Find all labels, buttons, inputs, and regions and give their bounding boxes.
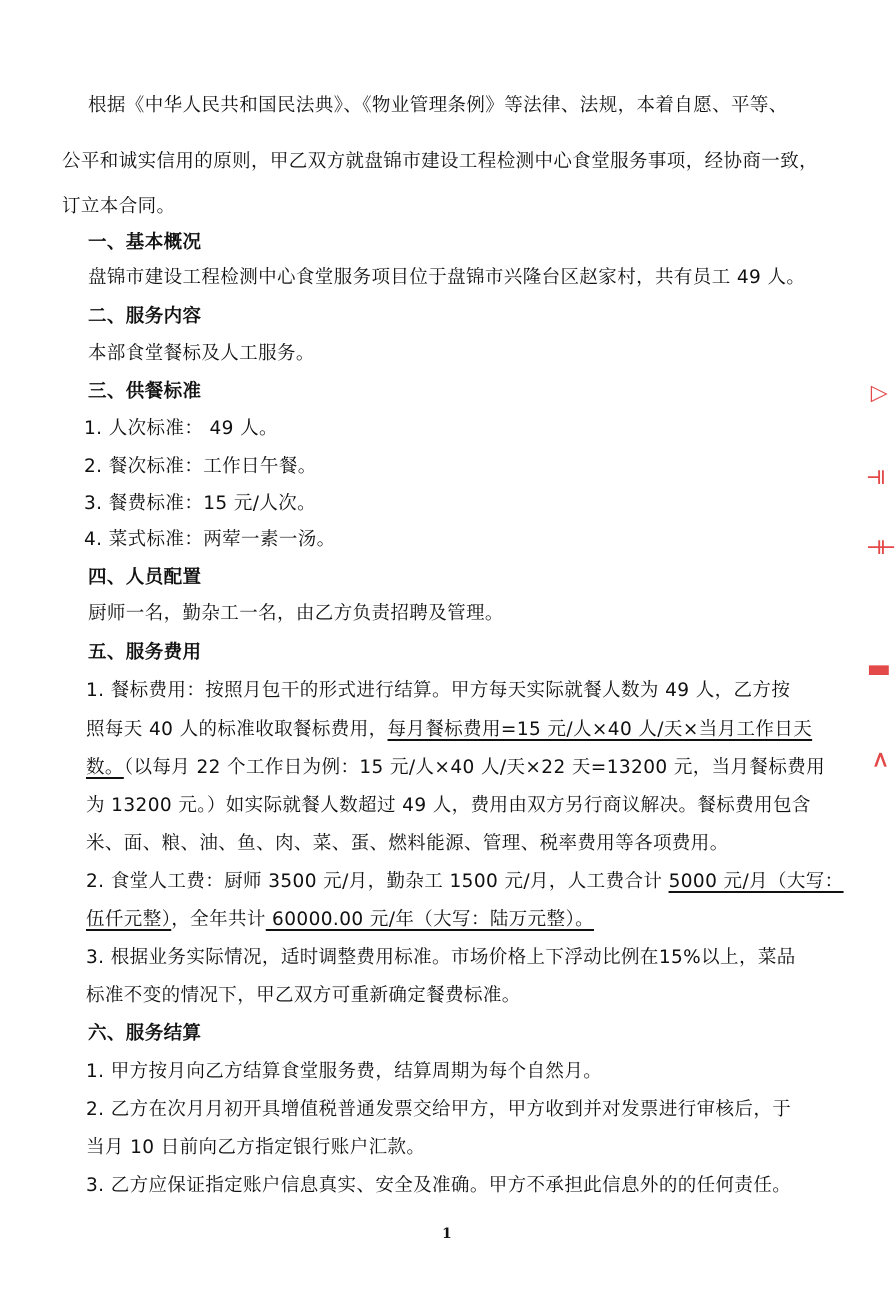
section-4-title: 四、人员配置 <box>88 566 201 590</box>
contract-page: 根据《中华人民共和国民法典》、《物业管理条例》等法律、法规，本着自愿、平等、 公… <box>0 0 896 1296</box>
section-3-item-4: 4. 菜式标准：两荤一素一汤。 <box>84 528 336 552</box>
fee-formula-underlined-end: 数。 <box>86 757 124 778</box>
seal-fragment-icon: ╤ <box>868 471 893 495</box>
section-6-item-2-line-1: 2. 乙方在次月月初开具增值税普通发票交给甲方，甲方收到并对发票进行审核后，于 <box>86 1098 791 1122</box>
intro-line-3: 订立本合同。 <box>62 195 175 219</box>
fee-text: 照每天 40 人的标准收取餐标费用， <box>86 719 388 740</box>
page-number: 1 <box>442 1226 452 1242</box>
fee-formula-underlined: 每月餐标费用=15 元/人×40 人/天×当月工作日天 <box>388 719 813 740</box>
section-1-body: 盘锦市建设工程检测中心食堂服务项目位于盘锦市兴隆台区赵家村，共有员工 49 人。 <box>88 266 805 290</box>
section-5-item-1-line-2: 照每天 40 人的标准收取餐标费用，每月餐标费用=15 元/人×40 人/天×当… <box>86 718 812 742</box>
section-5-title: 五、服务费用 <box>88 641 201 665</box>
section-5-item-2-line-1: 2. 食堂人工费：厨师 3500 元/月，勤杂工 1500 元/月，人工费合计 … <box>86 870 844 894</box>
section-2-title: 二、服务内容 <box>88 305 201 329</box>
section-5-item-1-line-4: 为 13200 元。）如实际就餐人数超过 49 人，费用由双方另行商议解决。餐标… <box>86 794 811 818</box>
section-5-item-3-line-2: 标准不变的情况下，甲乙双方可重新确定餐费标准。 <box>86 984 521 1008</box>
labor-text: 2. 食堂人工费：厨师 3500 元/月，勤杂工 1500 元/月，人工费合计 <box>86 871 669 892</box>
labor-monthly-words-underlined: 伍仟元整） <box>86 909 171 930</box>
section-3-title: 三、供餐标准 <box>88 380 201 404</box>
section-5-item-3-line-1: 3. 根据业务实际情况，适时调整费用标准。市场价格上下浮动比例在15%以上，菜品 <box>86 946 796 970</box>
labor-monthly-underlined: 5000 元/月（大写： <box>669 871 844 892</box>
section-5-item-1-line-3: 数。（以每月 22 个工作日为例：15 元/人×40 人/天×22 天=1320… <box>86 756 825 780</box>
section-6-item-3: 3. 乙方应保证指定账户信息真实、安全及准确。甲方不承担此信息外的的任何责任。 <box>86 1174 791 1198</box>
section-5-item-2-line-2: 伍仟元整），全年共计 60000.00 元/年（大写：陆万元整）。 <box>86 908 594 932</box>
seal-fragment-icon: < <box>868 751 893 775</box>
section-5-item-1-line-5: 米、面、粮、油、鱼、肉、菜、蛋、燃料能源、管理、税率费用等各项费用。 <box>86 832 729 856</box>
section-2-body: 本部食堂餐标及人工服务。 <box>88 342 315 366</box>
labor-annual-underlined: 60000.00 元/年（大写：陆万元整）。 <box>266 909 594 930</box>
section-3-item-3: 3. 餐费标准：15 元/人次。 <box>84 492 316 516</box>
seal-fragment-icon: ╪ <box>868 541 893 565</box>
fee-example: （以每月 22 个工作日为例：15 元/人×40 人/天×22 天=13200 … <box>124 757 825 778</box>
section-6-item-1: 1. 甲方按月向乙方结算食堂服务费，结算周期为每个自然月。 <box>86 1060 602 1084</box>
intro-line-1: 根据《中华人民共和国民法典》、《物业管理条例》等法律、法规，本着自愿、平等、 <box>88 94 788 118</box>
seal-fragment-icon: ▮ <box>865 663 895 687</box>
section-3-item-1: 1. 人次标准： 49 人。 <box>84 417 278 441</box>
section-3-item-2: 2. 餐次标准：工作日午餐。 <box>84 455 317 479</box>
labor-annual-label: ，全年共计 <box>171 909 266 930</box>
section-6-item-2-line-2: 当月 10 日前向乙方指定银行账户汇款。 <box>86 1136 425 1160</box>
section-6-title: 六、服务结算 <box>88 1022 201 1046</box>
intro-line-2: 公平和诚实信用的原则，甲乙双方就盘锦市建设工程检测中心食堂服务事项，经协商一致， <box>62 150 818 174</box>
section-4-body: 厨师一名，勤杂工一名，由乙方负责招聘及管理。 <box>88 602 504 626</box>
seal-fragment-icon: △ <box>868 386 893 410</box>
section-5-item-1-line-1: 1. 餐标费用：按照月包干的形式进行结算。甲方每天实际就餐人数为 49 人，乙方… <box>86 679 790 703</box>
section-1-title: 一、基本概况 <box>88 231 201 255</box>
